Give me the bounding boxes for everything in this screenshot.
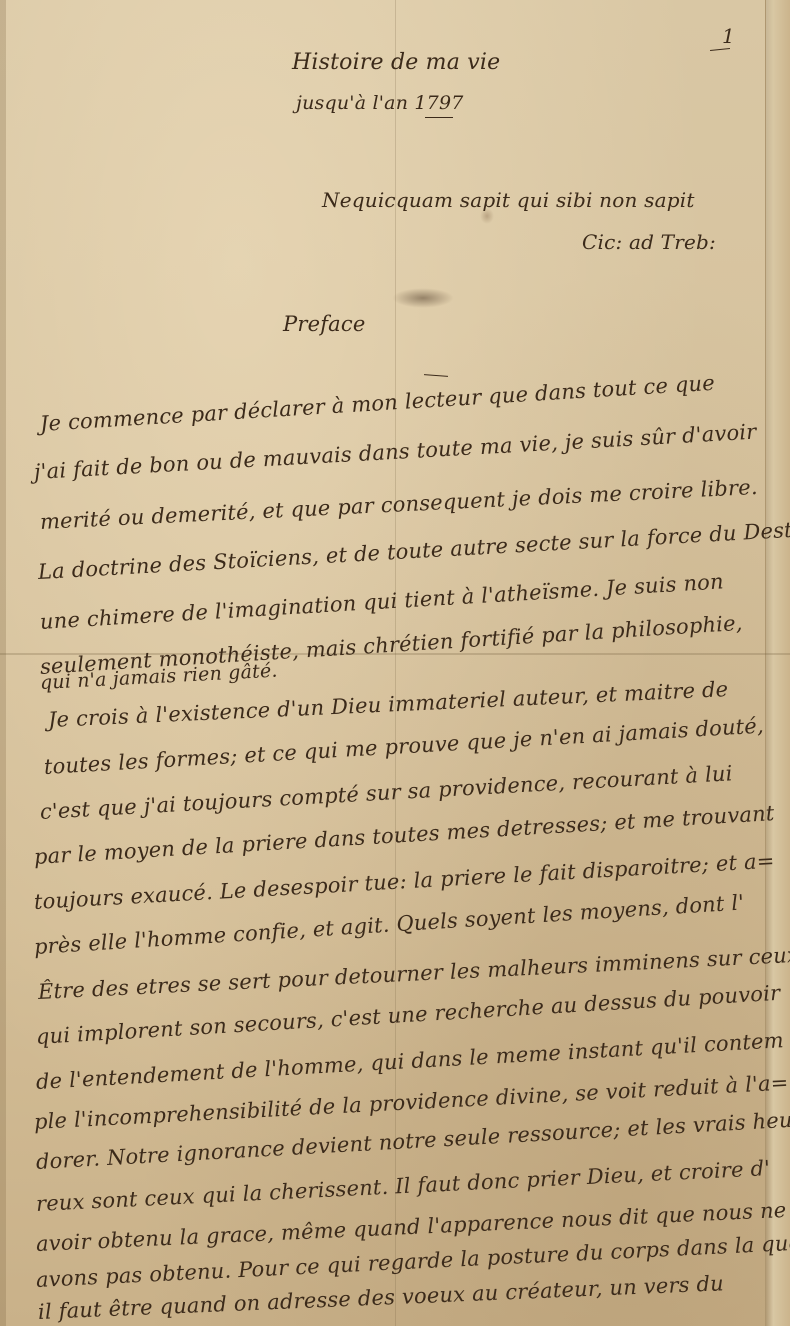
page-left-edge	[0, 0, 6, 1326]
page-number-underline	[710, 48, 730, 51]
manuscript-subtitle: jusqu'à l'an 1797	[296, 92, 464, 114]
manuscript-title: Histoire de ma vie	[292, 50, 500, 75]
text-line: Je commence par déclarer à mon lecteur q…	[39, 371, 715, 436]
manuscript-page: 1 Histoire de ma vie jusqu'à l'an 1797 N…	[0, 0, 790, 1326]
ink-stain	[392, 288, 454, 308]
preface-heading: Preface	[283, 312, 365, 336]
year-underline	[425, 117, 453, 118]
heading-dash	[424, 374, 448, 377]
epigraph: Nequicquam sapit qui sibi non sapit	[322, 188, 695, 212]
epigraph-source: Cic: ad Treb:	[582, 230, 716, 254]
page-number: 1	[722, 24, 735, 48]
